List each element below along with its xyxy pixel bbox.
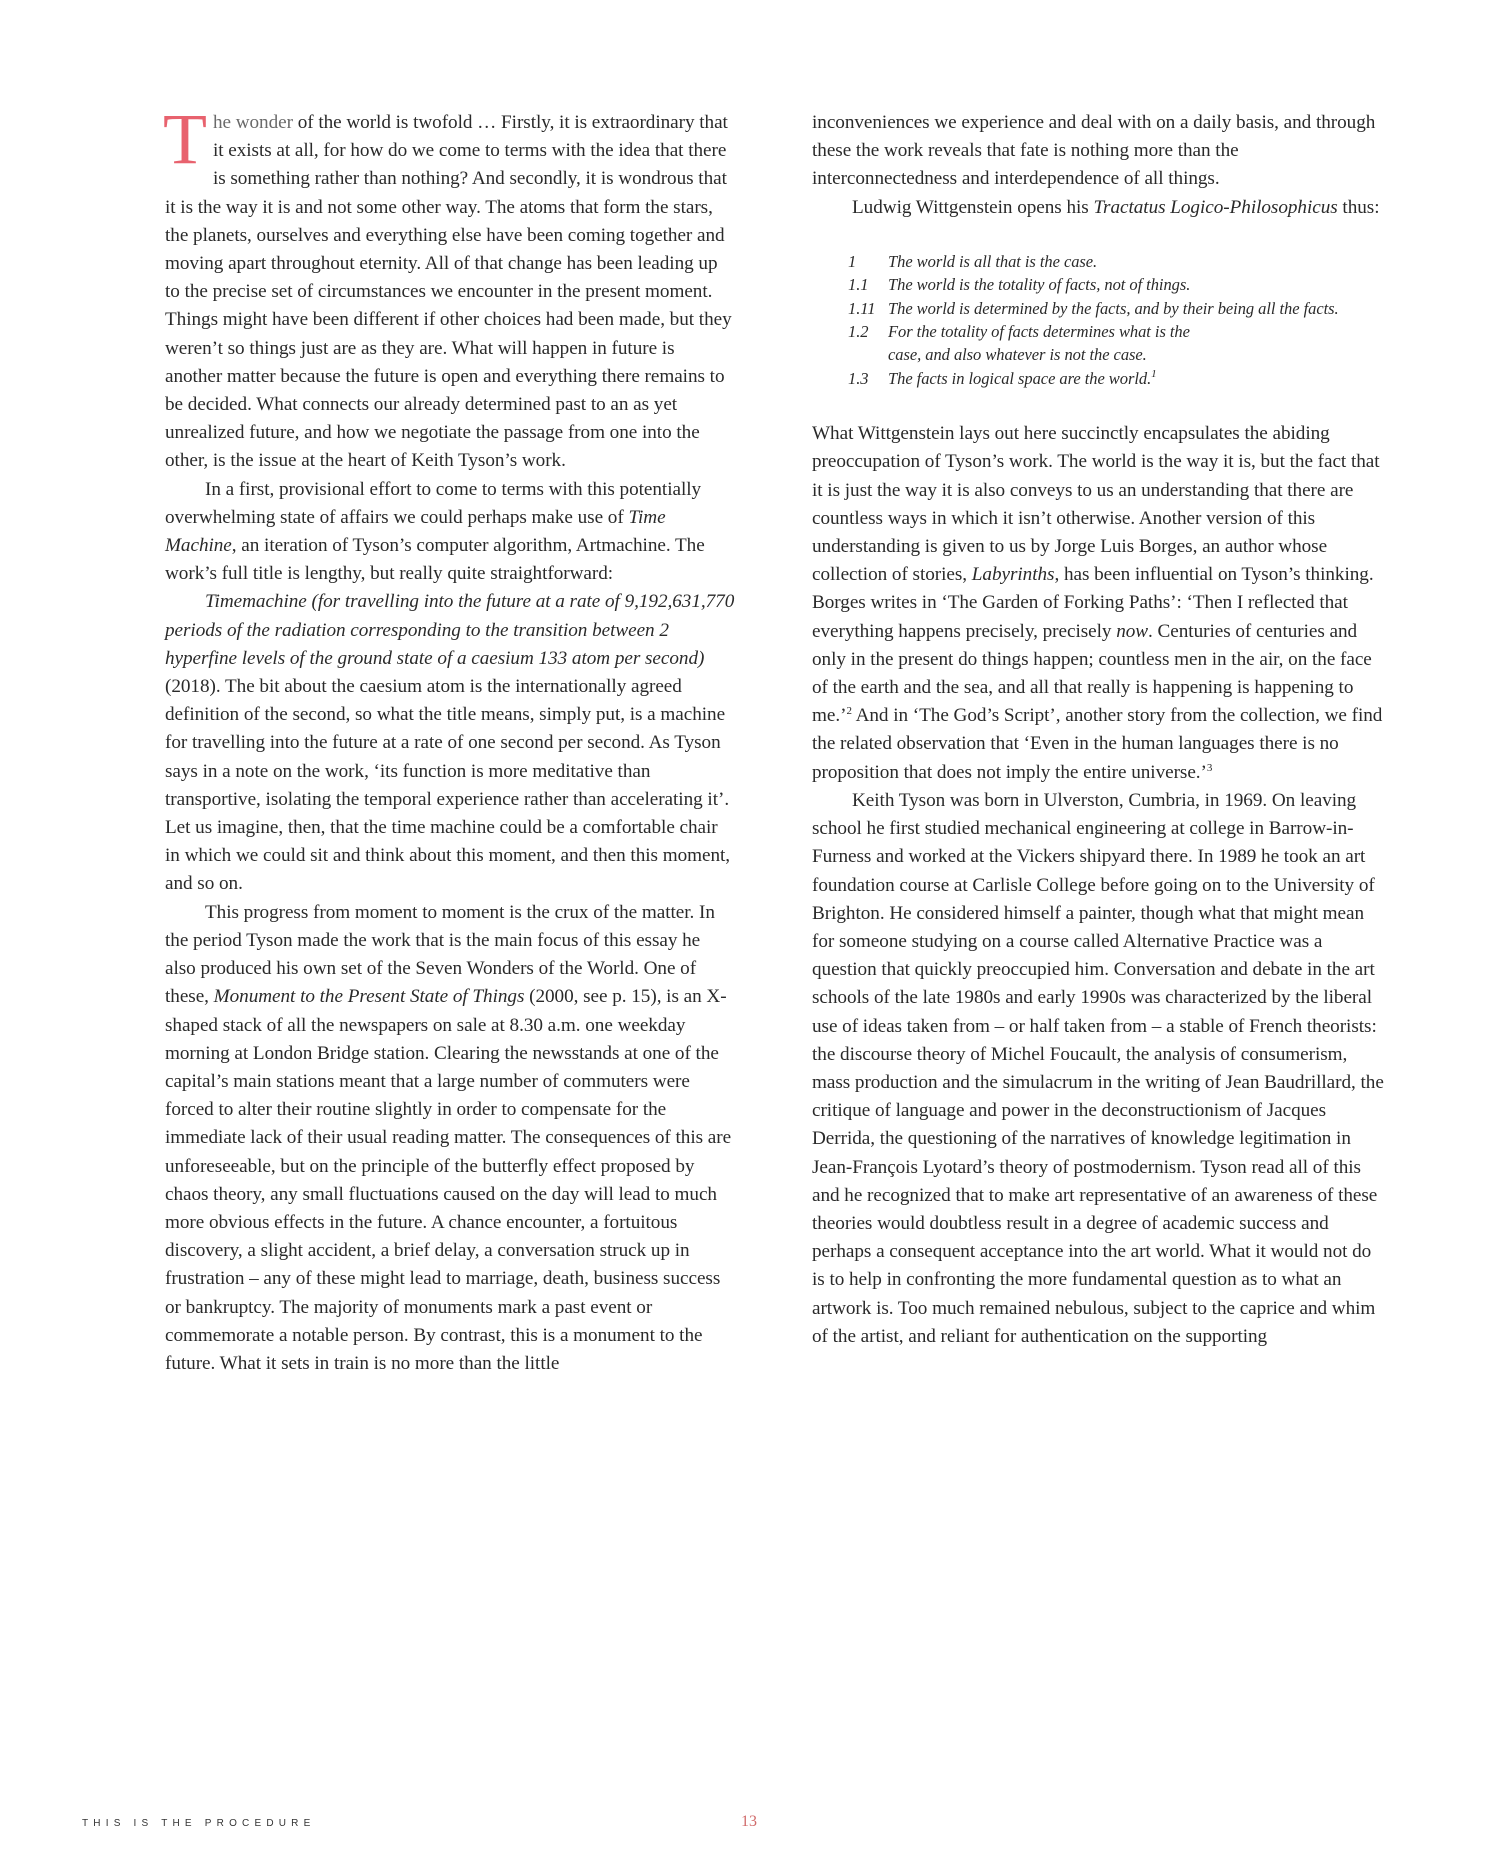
work-title: Labyrinths xyxy=(972,564,1055,585)
paragraph-opening: The wonder of the world is twofold … Fir… xyxy=(165,109,735,476)
paragraph-text: Ludwig Wittgenstein opens his xyxy=(852,197,1093,218)
footnote-marker: 3 xyxy=(1207,762,1212,774)
paragraph-text: of the world is twofold … Firstly, it is… xyxy=(165,112,732,471)
paragraph-text: (2000, see p. 15), is an X-shaped stack … xyxy=(165,986,731,1374)
tractatus-item: 1.3 The facts in logical space are the w… xyxy=(848,367,1387,390)
tractatus-item: 1.2 For the totality of facts determines… xyxy=(848,320,1387,367)
opening-lead: he wonder xyxy=(213,112,293,133)
right-column: inconveniences we experience and deal wi… xyxy=(812,109,1387,1351)
tractatus-item: 1 The world is all that is the case. xyxy=(848,250,1387,273)
paragraph-text: What Wittgenstein lays out here succinct… xyxy=(812,423,1380,585)
work-title: Timemachine (for travelling into the fut… xyxy=(165,591,734,668)
tractatus-text: The facts in logical space are the world… xyxy=(888,367,1387,390)
paragraph-text: thus: xyxy=(1338,197,1380,218)
paragraph-text: (2018). The bit about the caesium atom i… xyxy=(165,676,730,894)
emphasis: now xyxy=(1116,621,1148,642)
paragraph-text: In a first, provisional effort to come t… xyxy=(165,479,701,528)
tractatus-text-content: The facts in logical space are the world… xyxy=(888,369,1151,388)
tractatus-number: 1.11 xyxy=(848,297,888,320)
paragraph-text: , an iteration of Tyson’s computer algor… xyxy=(165,535,705,584)
tractatus-number: 1.3 xyxy=(848,367,888,390)
paragraph-text: And in ‘The God’s Script’, another story… xyxy=(812,705,1382,782)
drop-cap: T xyxy=(163,111,207,167)
paragraph-continuation: inconveniences we experience and deal wi… xyxy=(812,109,1387,194)
page-number: 13 xyxy=(741,1813,757,1831)
paragraph-wittgenstein-intro: Ludwig Wittgenstein opens his Tractatus … xyxy=(812,194,1387,222)
paragraph-borges: What Wittgenstein lays out here succinct… xyxy=(812,420,1387,787)
left-column: The wonder of the world is twofold … Fir… xyxy=(165,109,735,1378)
paragraph-time-machine: In a first, provisional effort to come t… xyxy=(165,476,735,589)
tractatus-item: 1.1 The world is the totality of facts, … xyxy=(848,273,1387,296)
tractatus-quote: 1 The world is all that is the case. 1.1… xyxy=(848,250,1387,390)
paragraph-monument: This progress from moment to moment is t… xyxy=(165,899,735,1378)
tractatus-number: 1 xyxy=(848,250,888,273)
tractatus-text: For the totality of facts determines wha… xyxy=(888,320,1208,367)
tractatus-text: The world is all that is the case. xyxy=(888,250,1387,273)
tractatus-item: 1.11 The world is determined by the fact… xyxy=(848,297,1387,320)
footnote-marker: 1 xyxy=(1151,368,1156,380)
tractatus-number: 1.2 xyxy=(848,320,888,367)
tractatus-number: 1.1 xyxy=(848,273,888,296)
tractatus-text: The world is the totality of facts, not … xyxy=(888,273,1387,296)
work-title: Monument to the Present State of Things xyxy=(214,986,525,1007)
paragraph-biography: Keith Tyson was born in Ulverston, Cumbr… xyxy=(812,787,1387,1351)
running-title: THIS IS THE PROCEDURE xyxy=(82,1818,315,1829)
work-title: Tractatus Logico-Philosophicus xyxy=(1093,197,1337,218)
paragraph-timemachine-title: Timemachine (for travelling into the fut… xyxy=(165,588,735,898)
tractatus-text: The world is determined by the facts, an… xyxy=(888,297,1387,320)
